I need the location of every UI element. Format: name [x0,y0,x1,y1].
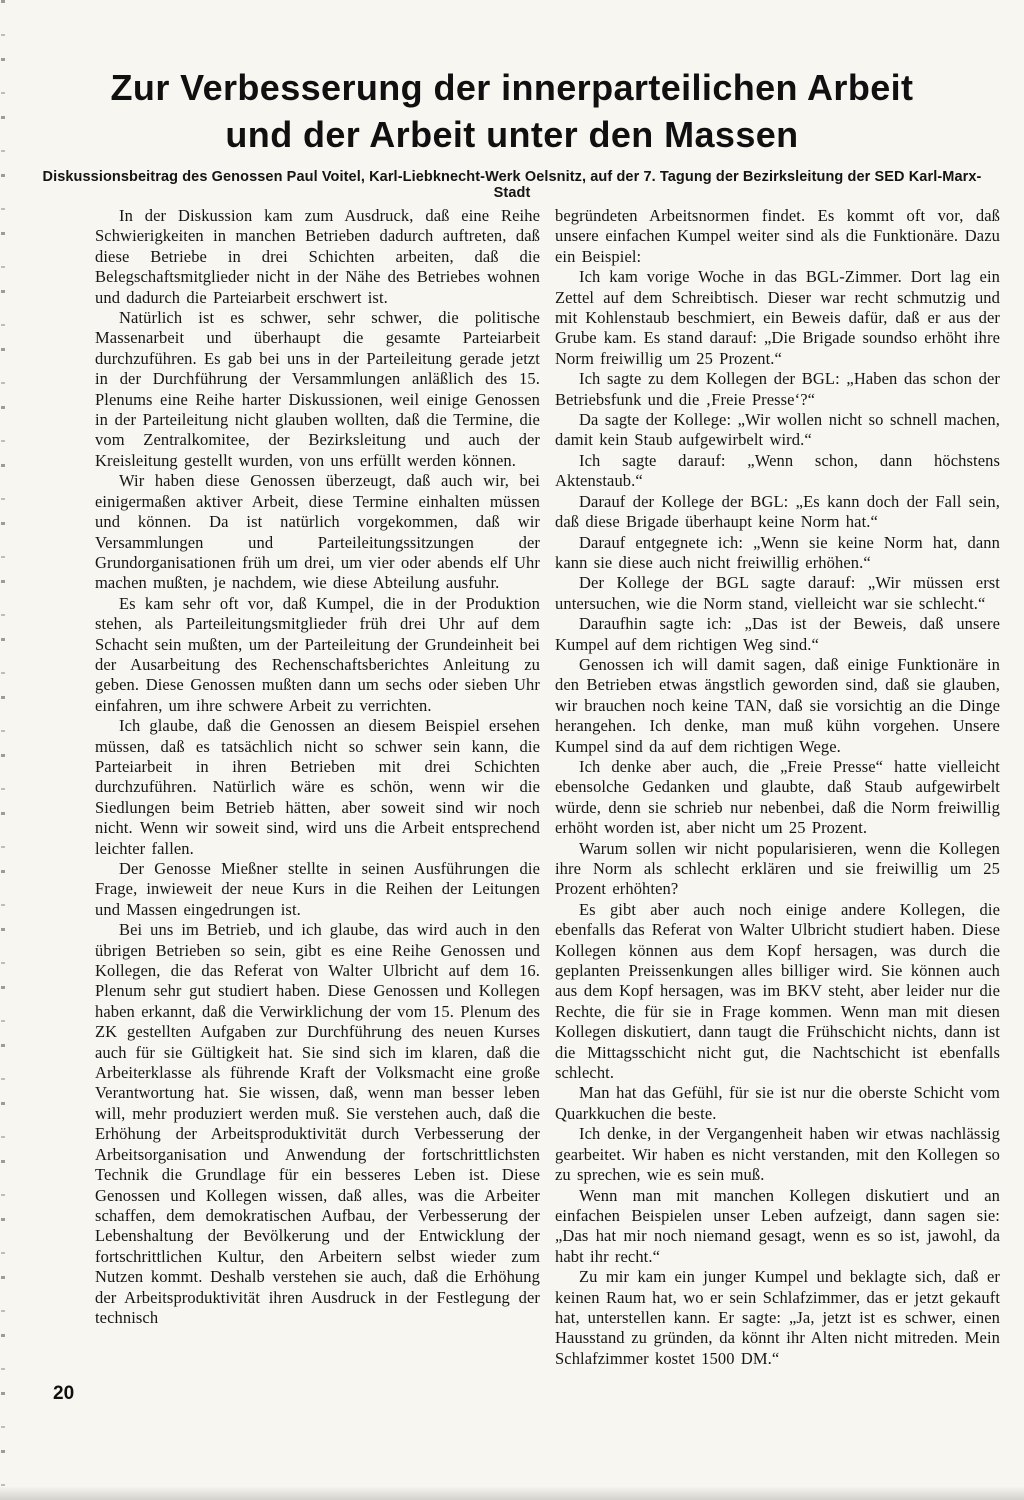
paragraph: Darauf der Kollege der BGL: „Es kann doc… [555,492,1000,533]
paragraph: Warum sollen wir nicht popularisieren, w… [555,839,1000,900]
paragraph: begründeten Arbeitsnormen findet. Es kom… [555,206,1000,267]
scanned-page: Zur Verbesserung der innerparteilichen A… [0,0,1024,1500]
paragraph: Bei uns im Betrieb, und ich glaube, das … [95,920,540,1328]
article-title-line1: Zur Verbesserung der innerparteilichen A… [111,67,914,108]
paragraph: Ich sagte zu dem Kollegen der BGL: „Habe… [555,369,1000,410]
article-body: In der Diskussion kam zum Ausdruck, daß … [95,206,1000,1369]
paragraph: Darauf entgegnete ich: „Wenn sie keine N… [555,533,1000,574]
scan-bottom-shade [0,1486,1024,1500]
paragraph: Es kam sehr oft vor, daß Kumpel, die in … [95,594,540,716]
paragraph: Es gibt aber auch noch einige andere Kol… [555,900,1000,1084]
right-column: begründeten Arbeitsnormen findet. Es kom… [555,206,1000,1369]
paragraph: Ich kam vorige Woche in das BGL-Zimmer. … [555,267,1000,369]
article-title-line2: und der Arbeit unter den Massen [225,114,798,155]
paragraph: Da sagte der Kollege: „Wir wollen nicht … [555,410,1000,451]
page-number: 20 [53,1383,74,1405]
paragraph: Natürlich ist es schwer, sehr schwer, di… [95,308,540,471]
paragraph: Ich denke aber auch, die „Freie Presse“ … [555,757,1000,839]
paragraph: Daraufhin sagte ich: „Das ist der Beweis… [555,614,1000,655]
left-column: In der Diskussion kam zum Ausdruck, daß … [95,206,540,1369]
paragraph: Man hat das Gefühl, für sie ist nur die … [555,1083,1000,1124]
paragraph: In der Diskussion kam zum Ausdruck, daß … [95,206,540,308]
paragraph: Genossen ich will damit sagen, daß einig… [555,655,1000,757]
paragraph: Ich denke, in der Vergangenheit haben wi… [555,1124,1000,1185]
paragraph: Wenn man mit manchen Kollegen diskutiert… [555,1186,1000,1268]
paragraph: Der Kollege der BGL sagte darauf: „Wir m… [555,573,1000,614]
paragraph: Der Genosse Mießner stellte in seinen Au… [95,859,540,920]
paragraph: Wir haben diese Genossen überzeugt, daß … [95,471,540,593]
paragraph: Ich glaube, daß die Genossen an diesem B… [95,716,540,859]
paragraph: Zu mir kam ein junger Kumpel und beklagt… [555,1267,1000,1369]
scan-binding-artifact [1,0,5,1500]
article-title: Zur Verbesserung der innerparteilichen A… [0,64,1024,158]
paragraph: Ich sagte darauf: „Wenn schon, dann höch… [555,451,1000,492]
article-byline: Diskussionsbeitrag des Genossen Paul Voi… [40,169,984,201]
